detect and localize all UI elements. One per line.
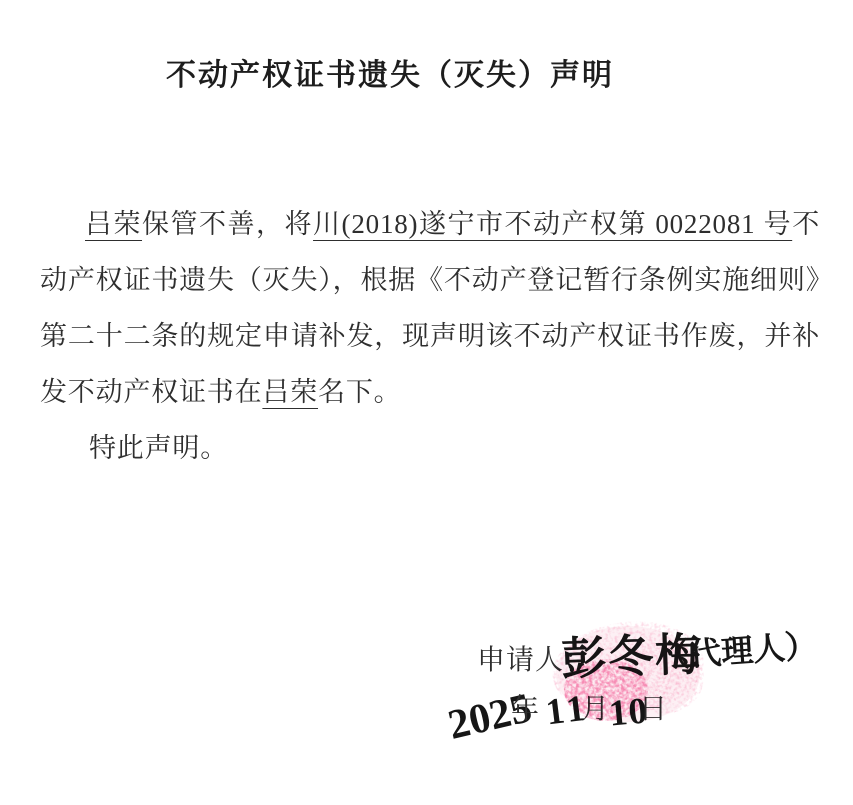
date-row: 2025 年 11 月 10 日	[448, 681, 708, 756]
statement-text-1: 保管不善，将	[142, 209, 313, 239]
date-month-label: 月	[581, 687, 609, 727]
date-year-label: 年	[511, 687, 539, 727]
holder-name-underlined-2: 吕荣	[262, 377, 318, 407]
document-body: 吕荣保管不善，将川(2018)遂宁市不动产权第 0022081 号不动产权证书遗…	[40, 196, 820, 476]
agent-note-handwritten: （代理人）	[656, 620, 819, 677]
statement-paragraph: 吕荣保管不善，将川(2018)遂宁市不动产权第 0022081 号不动产权证书遗…	[40, 196, 820, 420]
certificate-number-underlined: 川(2018)遂宁市不动产权第 0022081 号	[313, 209, 792, 239]
holder-name-underlined: 吕荣	[85, 209, 142, 239]
date-day-label: 日	[639, 687, 667, 727]
statement-text-3: 名下。	[318, 377, 401, 407]
document-title: 不动产权证书遗失（灭失）声明	[0, 50, 780, 94]
closing-line: 特此声明。	[40, 420, 820, 476]
declaration-document-page: 不动产权证书遗失（灭失）声明 吕荣保管不善，将川(2018)遂宁市不动产权第 0…	[0, 0, 853, 805]
